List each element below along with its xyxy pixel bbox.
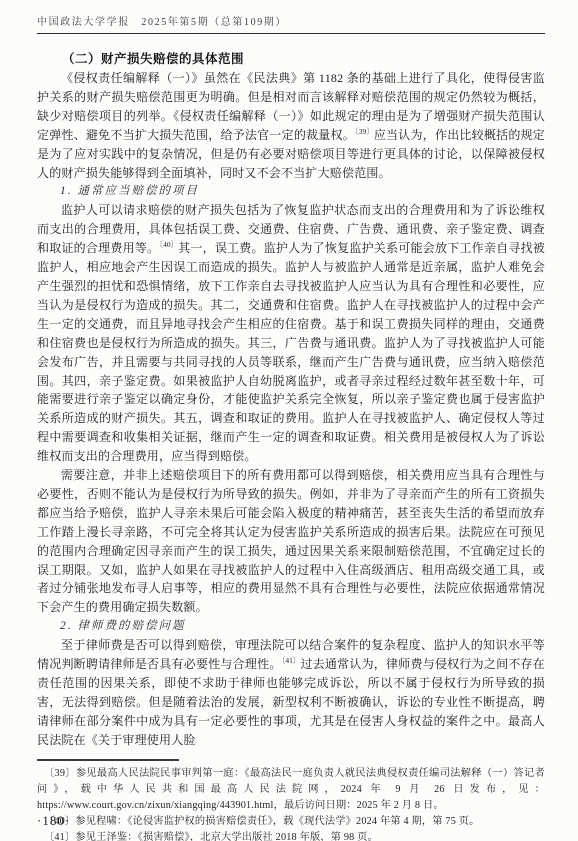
subheading-2: 2. 律师费的赔偿问题 [37,617,545,636]
footnote-area: 〔39〕参见最高人民法院民事审判第一庭：《最高法民一庭负责人就民法典侵权责任编司… [37,759,545,841]
paragraph-4: 至于律师费是否可以得到赔偿，审理法院可以结合案件的复杂程度、监护人的知识水平等情… [37,636,545,749]
paragraph-2-text-after-ref: 其一，误工费。监护人为了恢复监护关系可能会放下工作亲自寻找被监护人，相应地会产生… [37,241,545,463]
paragraph-3: 需要注意，并非上述赔偿项目下的所有费用都可以得到赔偿，相关费用应当具有合理性与必… [37,466,545,617]
footnote-ref-40: 〔40〕 [159,240,178,249]
subheading-1: 1. 通常应当赔偿的项目 [37,182,545,201]
page-header: 中国政法大学学报 2025年第5期（总第109期） [37,13,545,34]
footnote-40-text: 参见程啸：《论侵害监护权的损害赔偿责任》，载《现代法学》2024 年第 4 期，… [75,816,479,827]
footnote-39: 〔39〕参见最高人民法院民事审判第一庭：《最高法民一庭负责人就民法典侵权责任编司… [37,766,545,815]
footnote-separator [37,759,179,761]
footnote-41-text: 参见王泽鉴：《损害赔偿》，北京大学出版社 2018 年版，第 98 页。 [75,832,378,841]
running-head: 中国政法大学学报 2025年第5期（总第109期） [37,13,545,33]
footnote-ref-41: 〔41〕 [282,656,301,665]
footnote-39-text: 参见最高人民法院民事审判第一庭：《最高法民一庭负责人就民法典侵权责任编司法解释（… [37,768,545,811]
footnote-41: 〔41〕参见王泽鉴：《损害赔偿》，北京大学出版社 2018 年版，第 98 页。 [37,830,545,841]
footnote-ref-39: 〔39〕 [355,127,374,136]
paragraph-1: 《侵权责任编解释（一）》虽然在《民法典》第 1182 条的基础上进行了具化，使得… [37,69,545,182]
article-body: （二）财产损失赔偿的具体范围 《侵权责任编解释（一）》虽然在《民法典》第 118… [37,49,545,750]
journal-page: 中国政法大学学报 2025年第5期（总第109期） （二）财产损失赔偿的具体范围… [0,0,578,841]
footnote-41-label: 〔41〕 [44,832,75,841]
section-heading: （二）财产损失赔偿的具体范围 [37,49,545,67]
paragraph-2: 监护人可以请求赔偿的财产损失包括为了恢复监护状态而支出的合理费用和为了诉讼维权而… [37,201,545,466]
footnote-40: 〔40〕参见程啸：《论侵害监护权的损害赔偿责任》，载《现代法学》2024 年第 … [37,814,545,830]
header-rule [37,33,545,34]
page-number: ·180· [37,813,70,829]
footnote-39-label: 〔39〕 [44,768,76,779]
